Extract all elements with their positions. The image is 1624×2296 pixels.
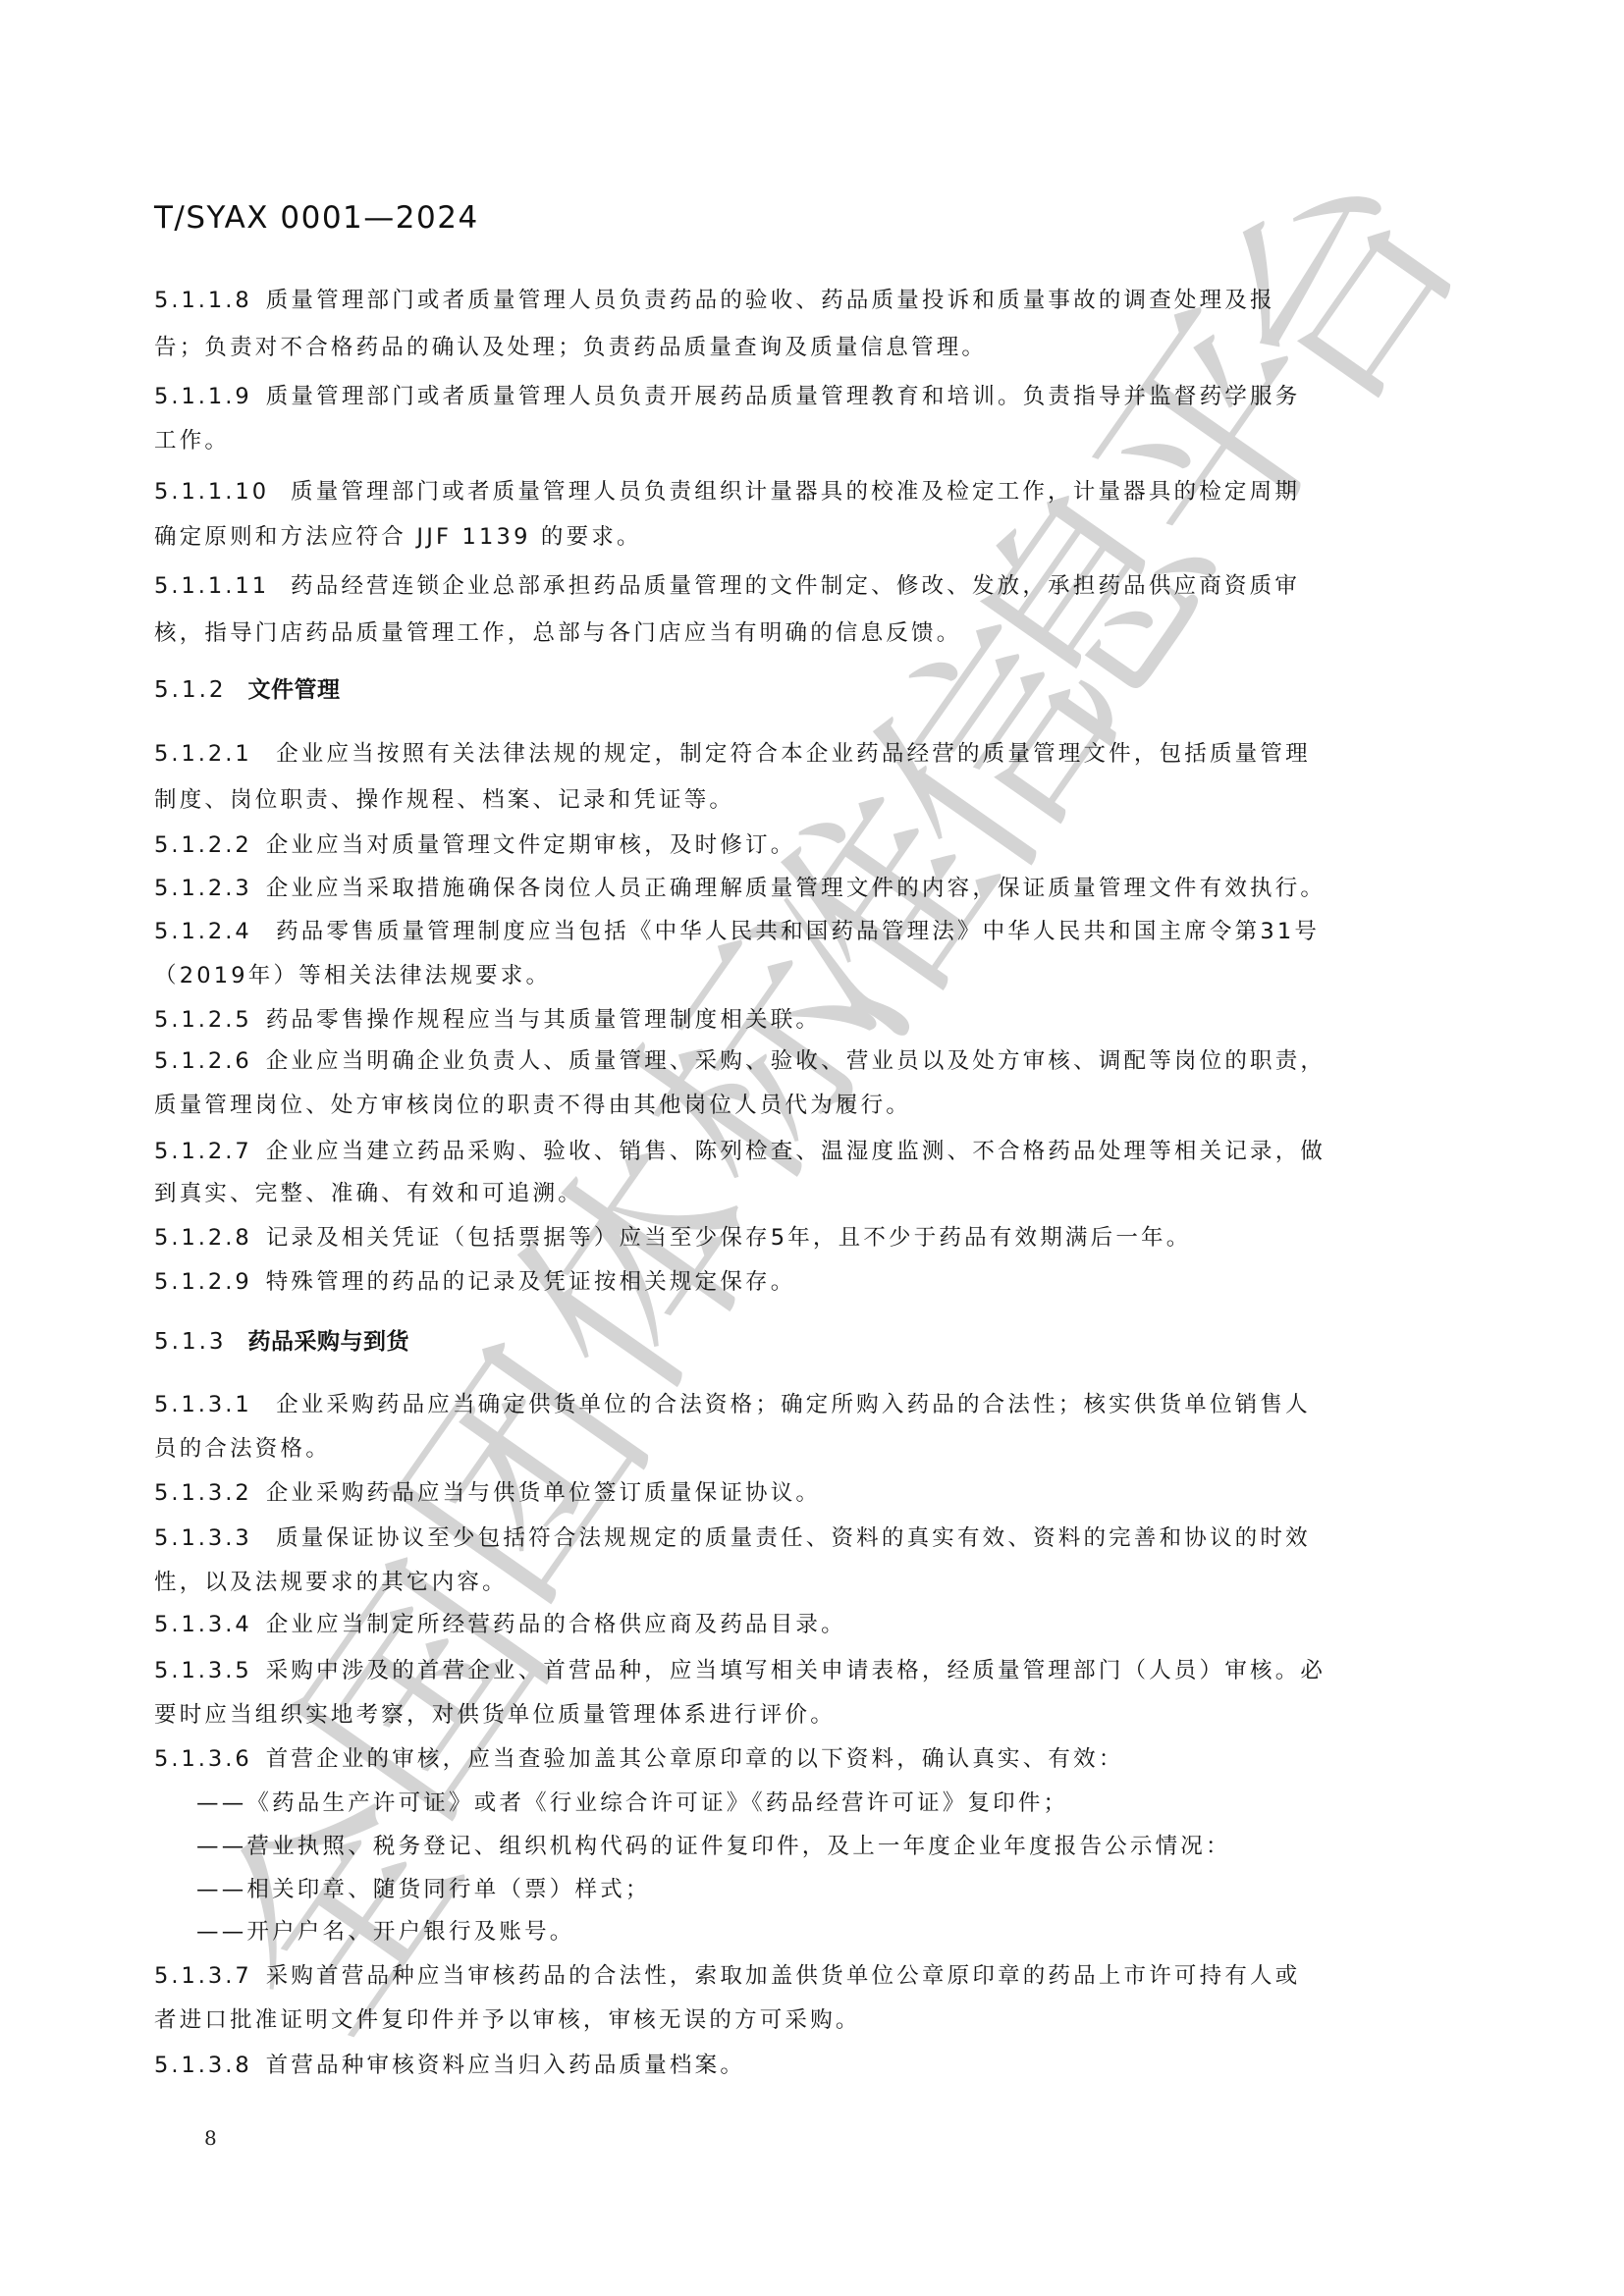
clause-text: 采购中涉及的首营企业、首营品种，应当填写相关申请表格，经质量管理部门（人员）审核… [266, 1658, 1326, 1683]
clause-text: 文件管理 [248, 677, 341, 703]
clause-number: 5.1.1.9 [154, 382, 252, 411]
clause-text: 者进口批准证明文件复印件并予以审核，审核无误的方可采购。 [154, 2007, 861, 2033]
clause-number: 5.1.3.6 [154, 1744, 252, 1774]
clause-number: 5.1.3.2 [154, 1478, 252, 1508]
clause-line: 5.1.3.7采购首营品种应当审核药品的合法性，索取加盖供货单位公章原印章的药品… [154, 1961, 1300, 1991]
clause-number: 5.1.2.7 [154, 1137, 252, 1166]
clause-line: 核，指导门店药品质量管理工作，总部与各门店应当有明确的信息反馈。 [154, 618, 961, 648]
clause-text: ——相关印章、随货同行单（票）样式； [196, 1877, 651, 1902]
clause-text: 药品采购与到货 [248, 1329, 410, 1355]
clause-number: 5.1.3.7 [154, 1961, 252, 1991]
clause-text: 首营品种审核资料应当归入药品质量档案。 [266, 2053, 745, 2078]
clause-line: 5.1.2.3企业应当采取措施确保各岗位人员正确理解质量管理文件的内容，保证质量… [154, 874, 1326, 903]
clause-text: 企业应当采取措施确保各岗位人员正确理解质量管理文件的内容，保证质量管理文件有效执… [266, 876, 1326, 901]
list-item: ——相关印章、随货同行单（票）样式； [196, 1875, 651, 1904]
page-number: 8 [204, 2126, 217, 2150]
standard-code-header: T/SYAX 0001—2024 [154, 200, 479, 236]
clause-text: ——营业执照、税务登记、组织机构代码的证件复印件，及上一年度企业年度报告公示情况… [196, 1834, 1231, 1859]
clause-line: 5.1.3.3 质量保证协议至少包括符合法规规定的质量责任、资料的真实有效、资料… [154, 1523, 1311, 1553]
clause-number: 5.1.3.5 [154, 1656, 252, 1685]
clause-number: 5.1.1.10 [154, 477, 269, 507]
clause-text: 质量管理部门或者质量管理人员负责药品的验收、药品质量投诉和质量事故的调查处理及报 [266, 288, 1275, 313]
clause-line: 5.1.3.8首营品种审核资料应当归入药品质量档案。 [154, 2051, 745, 2080]
clause-line: 5.1.2.1 企业应当按照有关法律法规的规定，制定符合本企业药品经营的质量管理… [154, 739, 1311, 769]
clause-line: 性，以及法规要求的其它内容。 [154, 1568, 508, 1597]
clause-text: 企业应当按照有关法律法规的规定，制定符合本企业药品经营的质量管理文件，包括质量管… [266, 741, 1311, 767]
clause-line: 5.1.1.11药品经营连锁企业总部承担药品质量管理的文件制定、修改、发放，承担… [154, 571, 1300, 601]
clause-text: 企业应当建立药品采购、验收、销售、陈列检查、温湿度监测、不合格药品处理等相关记录… [266, 1139, 1326, 1164]
clause-line: 者进口批准证明文件复印件并予以审核，审核无误的方可采购。 [154, 2005, 861, 2035]
clause-text: 确定原则和方法应符合 JJF 1139 的要求。 [154, 524, 642, 550]
clause-number: 5.1.2 [154, 675, 227, 705]
clause-text: 性，以及法规要求的其它内容。 [154, 1570, 508, 1595]
clause-number: 5.1.2.4 [154, 917, 252, 946]
clause-text: 药品零售质量管理制度应当包括《中华人民共和国药品管理法》中华人民共和国主席令第3… [266, 919, 1320, 944]
document-page: 全 国 团 体 标 准 信 息 平 台 T/SYAX 0001—2024 5.1… [0, 0, 1624, 2296]
clause-line: 5.1.2.5药品零售操作规程应当与其质量管理制度相关联。 [154, 1005, 821, 1035]
clause-number: 5.1.2.8 [154, 1223, 252, 1253]
clause-number: 5.1.3 [154, 1327, 227, 1357]
clause-text: 企业应当对质量管理文件定期审核，及时修订。 [266, 832, 796, 858]
clause-number: 5.1.2.3 [154, 874, 252, 903]
clause-number: 5.1.3.4 [154, 1610, 252, 1639]
clause-text: 要时应当组织实地考察，对供货单位质量管理体系进行评价。 [154, 1702, 836, 1728]
clause-line: 质量管理岗位、处方审核岗位的职责不得由其他岗位人员代为履行。 [154, 1091, 911, 1120]
clause-text: 企业应当制定所经营药品的合格供应商及药品目录。 [266, 1612, 846, 1637]
clause-line: 5.1.1.8质量管理部门或者质量管理人员负责药品的验收、药品质量投诉和质量事故… [154, 286, 1275, 315]
clause-line: 要时应当组织实地考察，对供货单位质量管理体系进行评价。 [154, 1700, 836, 1730]
clause-line: 5.1.3.1 企业采购药品应当确定供货单位的合法资格；确定所购入药品的合法性；… [154, 1390, 1311, 1419]
clause-text: 记录及相关凭证（包括票据等）应当至少保存5年，且不少于药品有效期满后一年。 [266, 1225, 1192, 1251]
section-heading: 5.1.2文件管理 [154, 675, 341, 705]
clause-line: 到真实、完整、准确、有效和可追溯。 [154, 1179, 583, 1208]
clause-number: 5.1.2.2 [154, 830, 252, 860]
clause-line: 5.1.1.10质量管理部门或者质量管理人员负责组织计量器具的校准及检定工作，计… [154, 477, 1300, 507]
clause-text: 到真实、完整、准确、有效和可追溯。 [154, 1181, 583, 1206]
clause-number: 5.1.3.3 [154, 1523, 252, 1553]
clause-text: 质量管理部门或者质量管理人员负责组织计量器具的校准及检定工作，计量器具的检定周期 [291, 479, 1300, 505]
clause-text: 采购首营品种应当审核药品的合法性，索取加盖供货单位公章原印章的药品上市许可持有人… [266, 1963, 1301, 1989]
clause-text: 核，指导门店药品质量管理工作，总部与各门店应当有明确的信息反馈。 [154, 620, 961, 646]
clause-text: 企业应当明确企业负责人、质量管理、采购、验收、营业员以及处方审核、调配等岗位的职… [266, 1048, 1326, 1074]
clause-line: 5.1.3.6首营企业的审核，应当查验加盖其公章原印章的以下资料，确认真实、有效… [154, 1744, 1124, 1774]
clause-line: 告；负责对不合格药品的确认及处理；负责药品质量查询及质量信息管理。 [154, 333, 987, 362]
clause-text: ——《药品生产许可证》或者《行业综合许可证》《药品经营许可证》复印件； [196, 1790, 1068, 1816]
clause-text: 告；负责对不合格药品的确认及处理；负责药品质量查询及质量信息管理。 [154, 335, 987, 360]
clause-line: 5.1.3.5采购中涉及的首营企业、首营品种，应当填写相关申请表格，经质量管理部… [154, 1656, 1326, 1685]
clause-text: 工作。 [154, 428, 230, 454]
clause-text: 制度、岗位职责、操作规程、档案、记录和凭证等。 [154, 787, 734, 813]
clause-number: 5.1.2.6 [154, 1046, 252, 1076]
clause-line: 5.1.2.9特殊管理的药品的记录及凭证按相关规定保存。 [154, 1267, 795, 1297]
clause-line: 5.1.2.6企业应当明确企业负责人、质量管理、采购、验收、营业员以及处方审核、… [154, 1046, 1326, 1076]
clause-line: 5.1.1.9质量管理部门或者质量管理人员负责开展药品质量管理教育和培训。负责指… [154, 382, 1300, 411]
clause-line: 5.1.3.2企业采购药品应当与供货单位签订质量保证协议。 [154, 1478, 821, 1508]
clause-number: 5.1.3.8 [154, 2051, 252, 2080]
clause-text: 企业采购药品应当与供货单位签订质量保证协议。 [266, 1480, 821, 1506]
clause-line: （2019年）等相关法律法规要求。 [154, 961, 551, 990]
clause-text: 首营企业的审核，应当查验加盖其公章原印章的以下资料，确认真实、有效： [266, 1746, 1124, 1772]
clause-line: 制度、岗位职责、操作规程、档案、记录和凭证等。 [154, 785, 734, 815]
list-item: ——开户户名、开户银行及账号。 [196, 1917, 575, 1947]
clause-text: ——开户户名、开户银行及账号。 [196, 1919, 575, 1945]
clause-line: 员的合法资格。 [154, 1434, 331, 1464]
clause-number: 5.1.1.8 [154, 286, 252, 315]
clause-number: 5.1.2.1 [154, 739, 252, 769]
clause-number: 5.1.2.9 [154, 1267, 252, 1297]
clause-line: 5.1.2.4 药品零售质量管理制度应当包括《中华人民共和国药品管理法》中华人民… [154, 917, 1320, 946]
section-heading: 5.1.3药品采购与到货 [154, 1327, 409, 1357]
clause-text: 质量管理岗位、处方审核岗位的职责不得由其他岗位人员代为履行。 [154, 1093, 911, 1118]
clause-text: 企业采购药品应当确定供货单位的合法资格；确定所购入药品的合法性；核实供货单位销售… [266, 1392, 1311, 1417]
clause-text: 特殊管理的药品的记录及凭证按相关规定保存。 [266, 1269, 796, 1295]
clause-line: 工作。 [154, 426, 230, 455]
clause-text: 药品零售操作规程应当与其质量管理制度相关联。 [266, 1007, 821, 1033]
watermark-char: 平 [1065, 280, 1380, 594]
clause-number: 5.1.1.11 [154, 571, 269, 601]
clause-line: 5.1.2.7企业应当建立药品采购、验收、销售、陈列检查、温湿度监测、不合格药品… [154, 1137, 1326, 1166]
clause-number: 5.1.3.1 [154, 1390, 252, 1419]
clause-text: 质量保证协议至少包括符合法规规定的质量责任、资料的真实有效、资料的完善和协议的时… [266, 1525, 1311, 1551]
clause-line: 5.1.3.4企业应当制定所经营药品的合格供应商及药品目录。 [154, 1610, 846, 1639]
clause-line: 确定原则和方法应符合 JJF 1139 的要求。 [154, 522, 642, 552]
clause-text: 药品经营连锁企业总部承担药品质量管理的文件制定、修改、发放，承担药品供应商资质审 [291, 573, 1300, 599]
clause-line: 5.1.2.8记录及相关凭证（包括票据等）应当至少保存5年，且不少于药品有效期满… [154, 1223, 1191, 1253]
list-item: ——《药品生产许可证》或者《行业综合许可证》《药品经营许可证》复印件； [196, 1789, 1068, 1818]
clause-line: 5.1.2.2企业应当对质量管理文件定期审核，及时修订。 [154, 830, 795, 860]
clause-number: 5.1.2.5 [154, 1005, 252, 1035]
list-item: ——营业执照、税务登记、组织机构代码的证件复印件，及上一年度企业年度报告公示情况… [196, 1832, 1231, 1861]
clause-text: （2019年）等相关法律法规要求。 [154, 963, 551, 988]
clause-text: 员的合法资格。 [154, 1436, 331, 1462]
clause-text: 质量管理部门或者质量管理人员负责开展药品质量管理教育和培训。负责指导并监督药学服… [266, 384, 1301, 409]
